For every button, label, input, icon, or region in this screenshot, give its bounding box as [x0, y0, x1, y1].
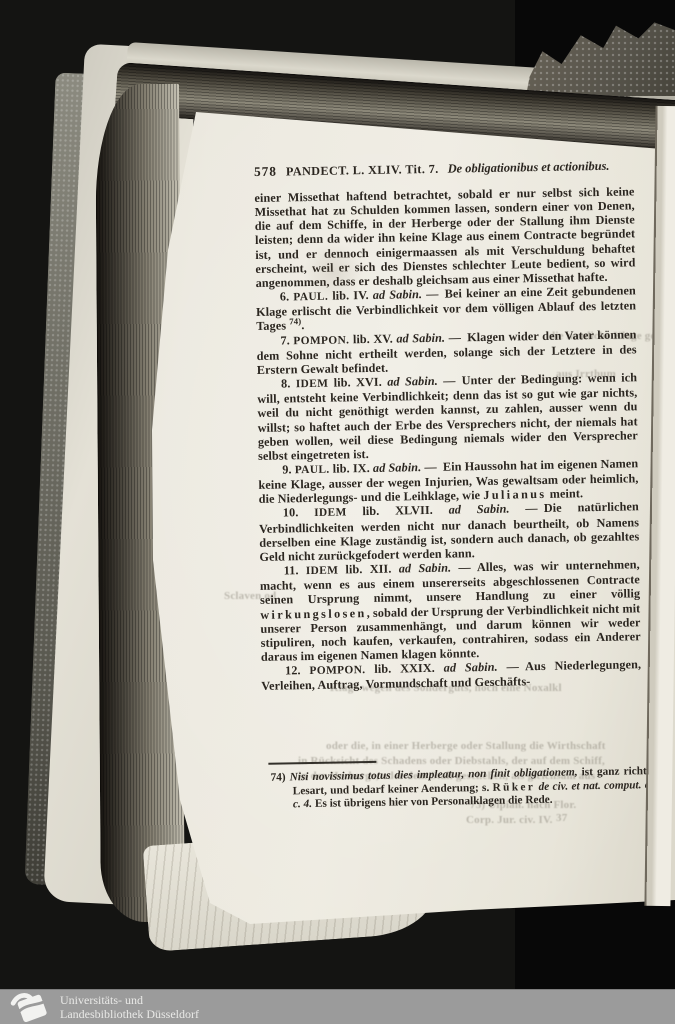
library-banner: Universitäts- und Landesbibliothek Düsse…	[0, 989, 675, 1024]
bleedthrough-text: die nemliche Klage geb	[549, 330, 662, 342]
library-name-line2: Landesbibliothek Düsseldorf	[60, 1007, 199, 1021]
paragraph: einer Missethat haftend betrachtet, soba…	[254, 184, 635, 290]
running-title-latin: De obligationibus et actionibus.	[448, 159, 610, 177]
bleedthrough-text: aus Irrthum	[556, 368, 616, 380]
bleedthrough-text: oder die, in einer Herberge oder Stallun…	[326, 740, 606, 752]
running-title: PANDECT. L. XLIV. Tit. 7.	[286, 162, 439, 180]
bleedthrough-text: Klage wegen des Sonderguts, noch eine No…	[330, 682, 562, 694]
paragraph: 7. POMPON. lib. XV. ad Sabin. — Klagen w…	[256, 327, 637, 377]
paragraph: 12. POMPON. lib. XXIX. ad Sabin. — Aus N…	[261, 657, 641, 693]
page-number: 578	[254, 164, 277, 180]
paragraph: 9. PAUL. lib. IX. ad Sabin. — Ein Hausso…	[258, 456, 639, 506]
bleedthrough-text: 37	[556, 812, 567, 824]
library-name: Universitäts- und Landesbibliothek Düsse…	[60, 993, 199, 1021]
bleedthrough-text: Corp. Jur. civ. IV.	[466, 814, 553, 826]
paragraph: 6. PAUL. lib. IV. ad Sabin. — Bei keiner…	[256, 283, 637, 333]
footnote-text: 74) Nisi novissimus totus dies impleatur…	[270, 765, 661, 813]
book-scan-photo: die nemliche Klage gebaus IrrthumSclaven…	[0, 0, 675, 1024]
footnote-rule	[268, 761, 376, 765]
library-name-line1: Universitäts- und	[60, 993, 199, 1007]
body-text: einer Missethat haftend betrachtet, soba…	[254, 184, 642, 756]
ulb-logo-icon	[6, 990, 58, 1024]
page-header: 578 PANDECT. L. XLIV. Tit. 7. De obligat…	[254, 157, 634, 180]
bleedthrough-text: Sclaven od	[224, 590, 276, 602]
paragraph: 8. IDEM lib. XVI. ad Sabin. — Unter der …	[257, 370, 638, 463]
bleedthrough-text: in Rücksicht des Schadens oder Diebstahl…	[298, 755, 605, 767]
paragraph: 10. IDEM lib. XLVII. ad Sabin. — Die nat…	[259, 500, 640, 564]
bleedthrough-text: in der Herberge, oder dem Stall geschehe…	[298, 770, 595, 782]
printed-text-block: 578 PANDECT. L. XLIV. Tit. 7. De obligat…	[254, 157, 644, 863]
paragraph: 11. IDEM lib. XII. ad Sabin. — Alles, wa…	[260, 557, 641, 664]
bleedthrough-text: 73) Ulpian. nach Flor.	[470, 799, 576, 811]
